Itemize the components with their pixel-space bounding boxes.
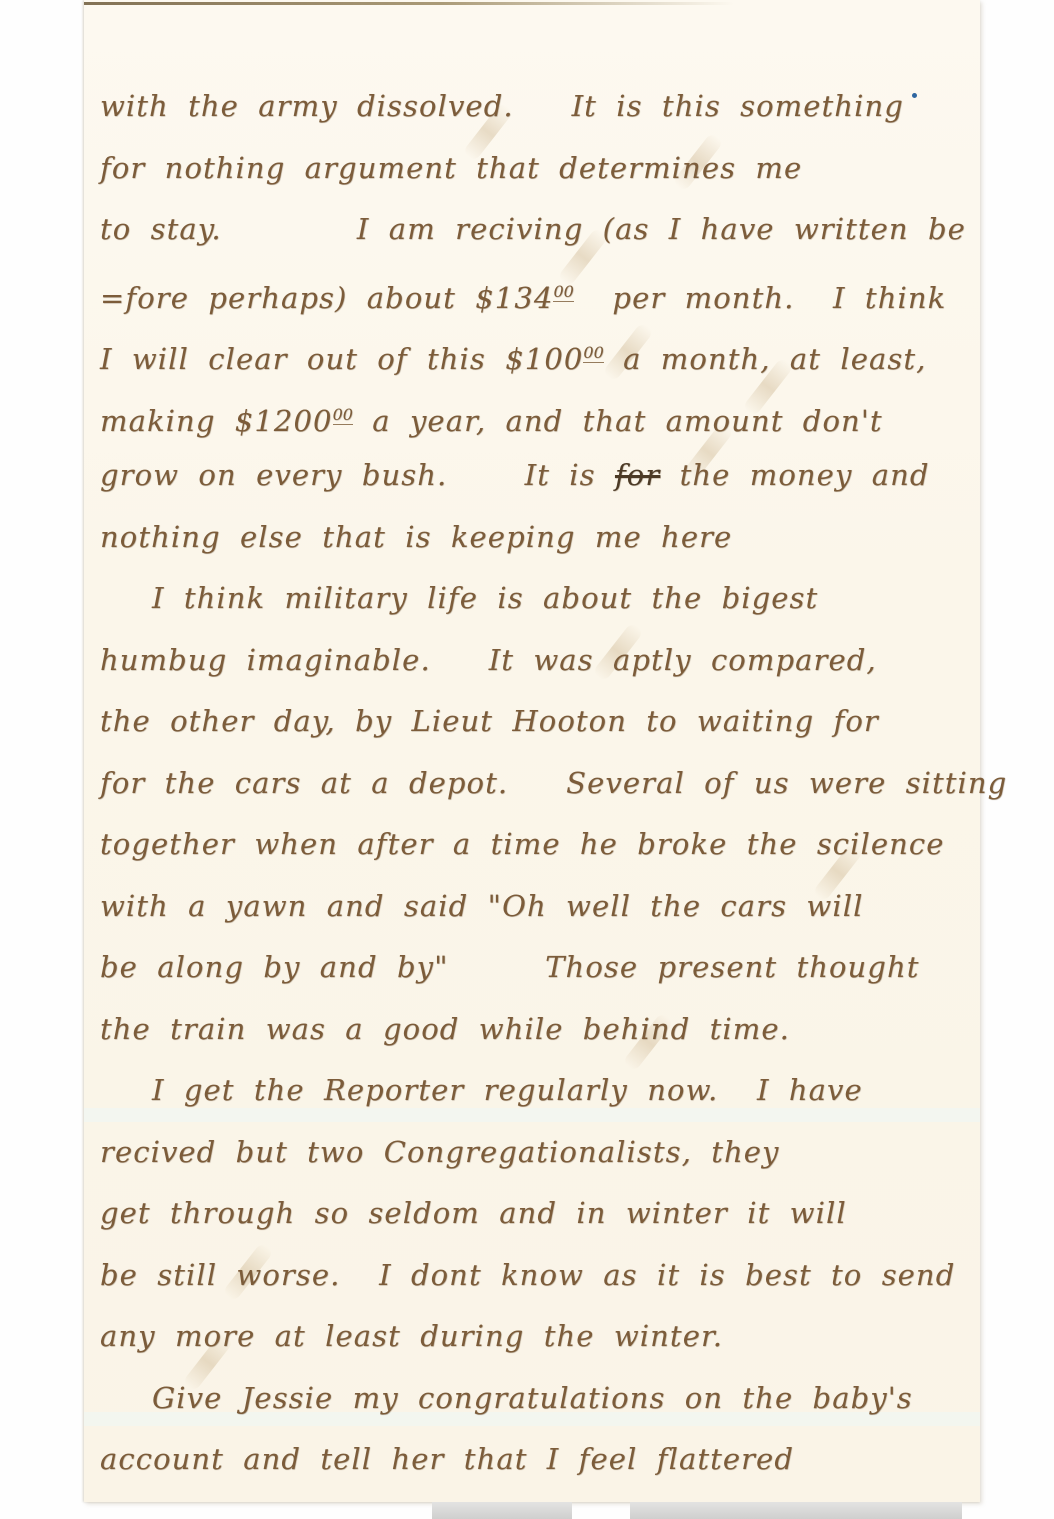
text-segment: together when after a time he broke the …: [100, 827, 945, 861]
letter-line: grow on every bush. It is for the money …: [100, 445, 1000, 507]
text-segment: making $1200: [100, 404, 333, 438]
text-segment: humbug imaginable. It was aptly compared…: [100, 643, 877, 677]
struck-out-word: for: [615, 458, 660, 492]
text-segment: a month, at least,: [604, 342, 927, 376]
text-segment: with a yawn and said "Oh well the cars w…: [100, 889, 863, 923]
text-segment: a year, and that amount don't: [353, 404, 883, 438]
letter-line: the train was a good while behind time.: [100, 999, 1000, 1061]
text-segment: to stay. I am reciving (as I have writte…: [100, 212, 966, 246]
text-segment: with the army dissolved. It is this some…: [100, 89, 904, 123]
text-segment: be along by and by" Those present though…: [100, 950, 920, 984]
text-segment: be still worse. I dont know as it is bes…: [100, 1258, 955, 1292]
text-segment: account and tell her that I feel flatter…: [100, 1442, 794, 1476]
letter-line: to stay. I am reciving (as I have writte…: [100, 199, 1000, 261]
letter-line: the other day, by Lieut Hooton to waitin…: [100, 691, 1000, 753]
text-segment: nothing else that is keeping me here: [100, 520, 732, 554]
fold-crease: [84, 2, 734, 5]
letter-line: I think military life is about the biges…: [100, 568, 1000, 630]
text-segment: I get the Reporter regularly now. I have: [152, 1073, 863, 1107]
under-sheet-edge: [630, 1502, 962, 1519]
letter-line: be still worse. I dont know as it is bes…: [100, 1245, 1000, 1307]
letter-line: with a yawn and said "Oh well the cars w…: [100, 876, 1000, 938]
text-segment: Give Jessie my congratulations on the ba…: [152, 1381, 913, 1415]
under-sheet-edge: [432, 1502, 572, 1519]
text-segment: any more at least during the winter.: [100, 1319, 723, 1353]
text-segment: per month. I think: [574, 281, 947, 315]
letter-line: nothing else that is keeping me here: [100, 507, 1000, 569]
text-segment: grow on every bush. It is: [100, 458, 615, 492]
text-segment: get through so seldom and in winter it w…: [100, 1196, 847, 1230]
text-segment: 00: [583, 343, 603, 363]
text-segment: the money and: [660, 458, 929, 492]
text-segment: the train was a good while behind time.: [100, 1012, 790, 1046]
letter-paper: with the army dissolved. It is this some…: [84, 0, 980, 1502]
text-segment: the other day, by Lieut Hooton to waitin…: [100, 704, 879, 738]
letter-line: I get the Reporter regularly now. I have: [100, 1060, 1000, 1122]
letter-line: together when after a time he broke the …: [100, 814, 1000, 876]
letter-line: get through so seldom and in winter it w…: [100, 1183, 1000, 1245]
text-segment: =fore perhaps) about $134: [100, 281, 553, 315]
scanned-letter: with the army dissolved. It is this some…: [0, 0, 1054, 1519]
letter-line: for nothing argument that determines me: [100, 138, 1000, 200]
text-segment: I will clear out of this $100: [100, 342, 583, 376]
letter-line: I will clear out of this $10000 a month,…: [100, 322, 1000, 384]
letter-line: humbug imaginable. It was aptly compared…: [100, 630, 1000, 692]
letter-line: making $120000 a year, and that amount d…: [100, 384, 1000, 446]
text-segment: for nothing argument that determines me: [100, 151, 802, 185]
text-segment: for the cars at a depot. Several of us w…: [100, 766, 1007, 800]
letter-line: Give Jessie my congratulations on the ba…: [100, 1368, 1000, 1430]
text-segment: recived but two Congregationalists, they: [100, 1135, 780, 1169]
letter-line: with the army dissolved. It is this some…: [100, 76, 1000, 138]
letter-body: with the army dissolved. It is this some…: [100, 76, 1000, 1491]
letter-line: =fore perhaps) about $13400 per month. I…: [100, 261, 1000, 323]
letter-line: recived but two Congregationalists, they: [100, 1122, 1000, 1184]
text-segment: I think military life is about the biges…: [152, 581, 818, 615]
letter-line: be along by and by" Those present though…: [100, 937, 1000, 999]
text-segment: 00: [333, 405, 353, 425]
letter-line: any more at least during the winter.: [100, 1306, 1000, 1368]
text-segment: 00: [553, 282, 573, 302]
letter-line: account and tell her that I feel flatter…: [100, 1429, 1000, 1491]
letter-line: for the cars at a depot. Several of us w…: [100, 753, 1000, 815]
